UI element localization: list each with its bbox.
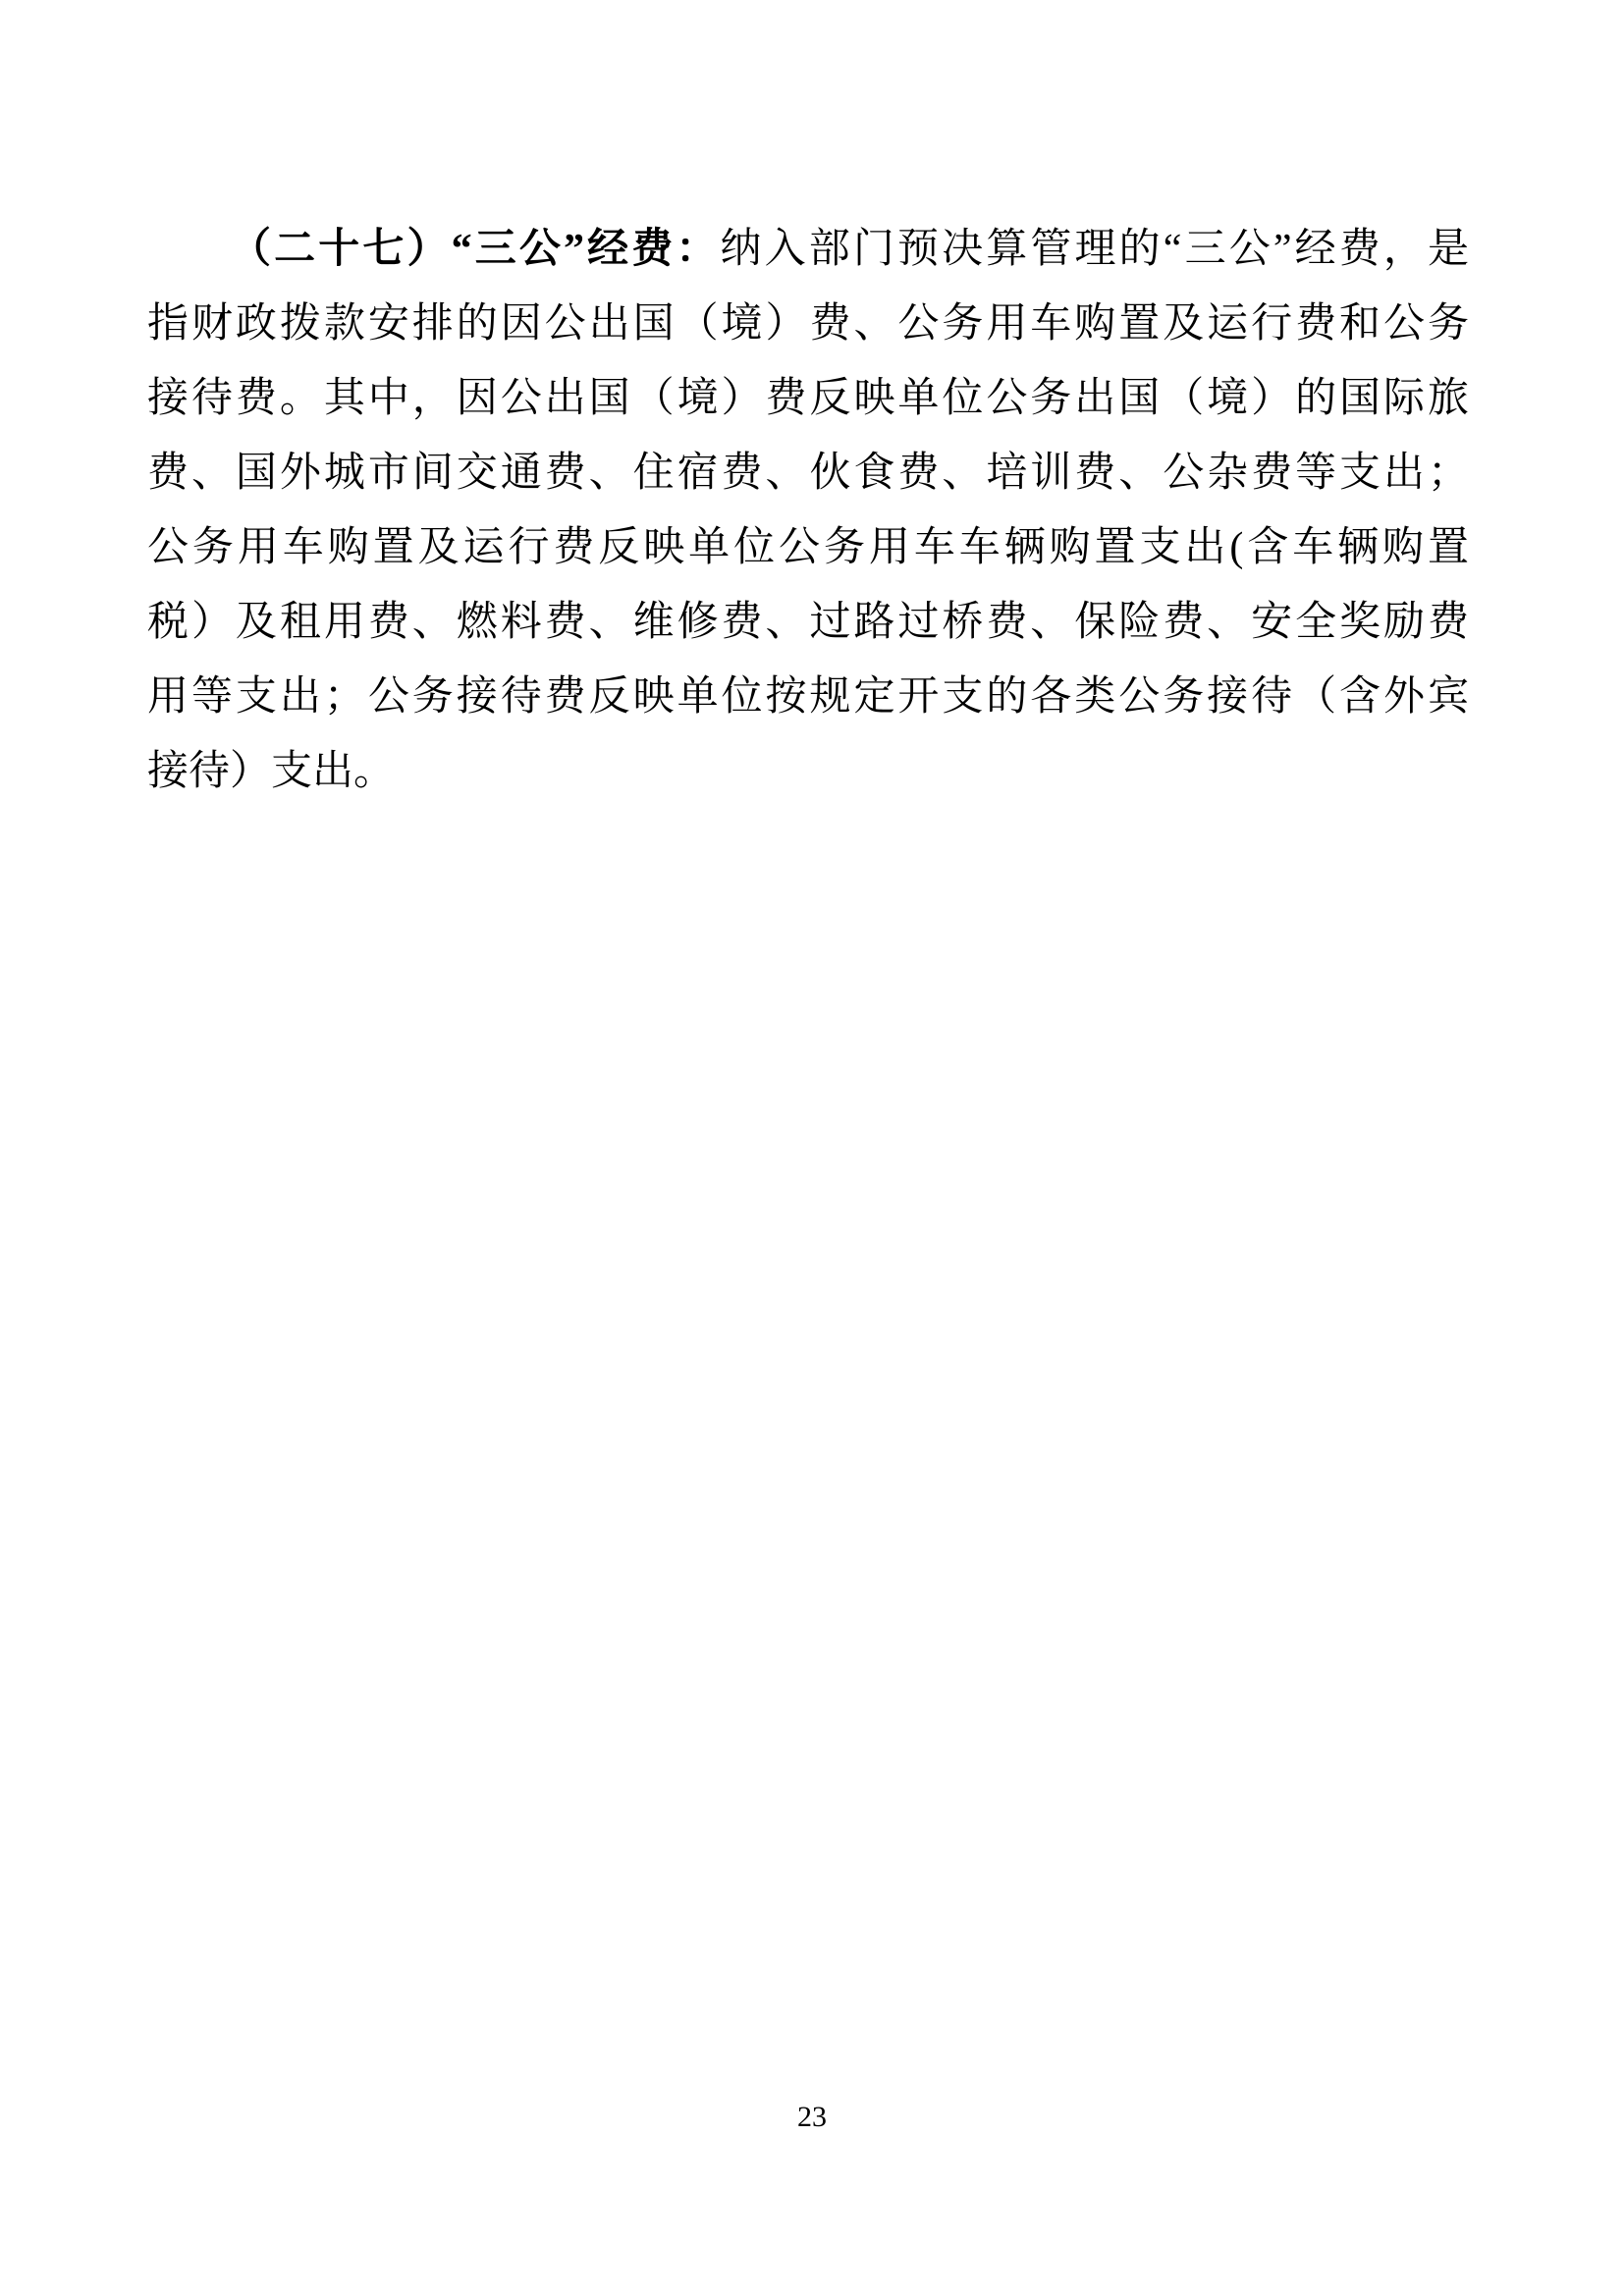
line-text: 纳入部门预决算管理的“三公”经费，是 bbox=[721, 227, 1469, 272]
paragraph-line: 接待费。其中，因公出国（境）费反映单位公务出国（境）的国际旅 bbox=[147, 361, 1469, 436]
page-number: 23 bbox=[0, 2101, 1624, 2134]
paragraph-line: 指财政拨款安排的因公出国（境）费、公务用车购置及运行费和公务 bbox=[147, 287, 1469, 361]
paragraph-line: 公务用车购置及运行费反映单位公务用车车辆购置支出(含车辆购置 bbox=[147, 510, 1469, 585]
body-paragraph: （二十七）“三公”经费：纳入部门预决算管理的“三公”经费，是 指财政拨款安排的因… bbox=[147, 212, 1469, 809]
term-heading: （二十七）“三公”经费： bbox=[230, 227, 721, 272]
paragraph-line: （二十七）“三公”经费：纳入部门预决算管理的“三公”经费，是 bbox=[147, 212, 1469, 287]
paragraph-line: 税）及租用费、燃料费、维修费、过路过桥费、保险费、安全奖励费 bbox=[147, 585, 1469, 660]
document-page: （二十七）“三公”经费：纳入部门预决算管理的“三公”经费，是 指财政拨款安排的因… bbox=[0, 0, 1624, 2296]
paragraph-line: 费、国外城市间交通费、住宿费、伙食费、培训费、公杂费等支出； bbox=[147, 436, 1469, 510]
paragraph-line: 用等支出；公务接待费反映单位按规定开支的各类公务接待（含外宾 bbox=[147, 660, 1469, 734]
paragraph-line: 接待）支出。 bbox=[147, 734, 1469, 809]
